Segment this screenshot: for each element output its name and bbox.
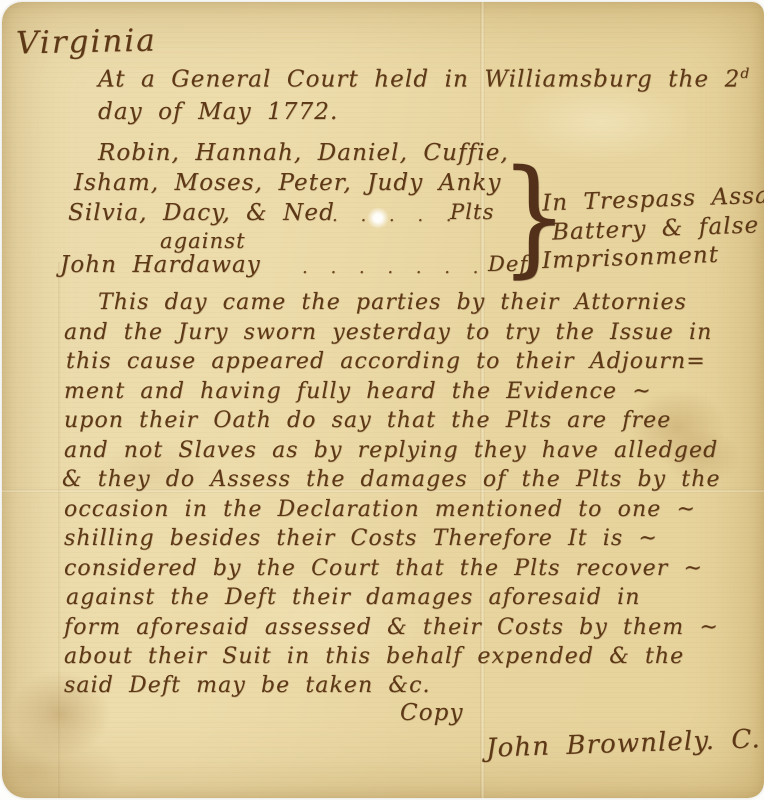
cause-of-action-line2: Battery & false [552,212,760,245]
body-line: ment and having fully heard the Evidence… [64,379,652,404]
body-line: and the Jury sworn yesterday to try the … [64,320,712,345]
body-line: said Deft may be taken &c. [64,673,431,698]
court-heading-text: At a General Court held in Williamsburg … [98,67,740,93]
parchment-paper: Virginia At a General Court held in Will… [2,2,764,798]
body-line: & they do Assess the damages of the Plts… [62,467,721,492]
region-title: Virginia [16,23,157,62]
body-line: against the Deft their damages aforesaid… [66,585,641,610]
ordinal-superscript: d [740,66,750,82]
body-line: this cause appeared according to their A… [66,349,706,374]
body-line: about their Suit in this behalf expended… [64,644,684,669]
defendant-leader-dots: . . . . . . . [302,257,483,278]
body-line: This day came the parties by their Attor… [98,290,687,315]
clerk-signature: John Brownlely. C. [486,724,762,764]
court-heading-line2: day of May 1772. [98,99,338,125]
document-scan: Virginia At a General Court held in Will… [0,0,764,800]
body-line: considered by the Court that the Plts re… [64,556,703,581]
body-line: form aforesaid assessed & their Costs by… [64,615,719,640]
plaintiffs-label: Plts [450,200,494,224]
court-heading-line1: At a General Court held in Williamsburg … [98,66,750,93]
plaintiffs-line-3: Silvia, Dacy, & Ned [68,200,335,226]
defendant-name: John Hardaway [60,252,261,278]
plaintiffs-leader-dots: . . . . . [332,205,457,226]
plaintiffs-line-2: Isham, Moses, Peter, Judy Anky [74,170,502,196]
versus-label: against [160,229,246,253]
body-line: upon their Oath do say that the Plts are… [64,408,671,433]
body-line: occasion in the Declaration mentioned to… [64,497,696,522]
cause-of-action-line1: In Trespass Assault [542,181,764,216]
cause-of-action-line3: Imprisonment [542,242,720,274]
fold-crease-left [58,262,61,798]
copy-label: Copy [400,700,464,726]
plaintiffs-line-1: Robin, Hannah, Daniel, Cuffie, [98,140,509,166]
body-line: shilling besides their Costs Therefore I… [64,526,658,551]
body-line: and not Slaves as by replying they have … [64,438,718,463]
